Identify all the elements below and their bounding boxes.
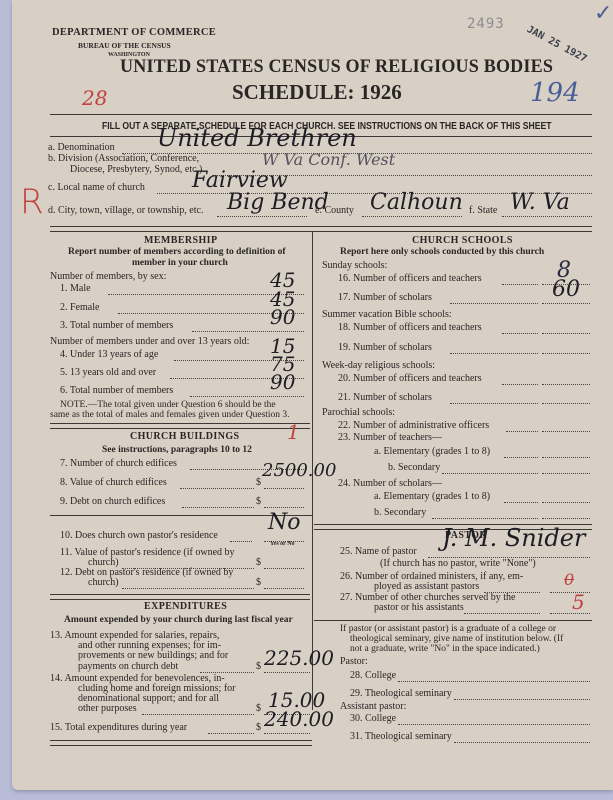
- seminary-31-label: 31. Theological seminary: [350, 731, 452, 742]
- lower-visible-content: 31. Theological seminary: [12, 0, 613, 790]
